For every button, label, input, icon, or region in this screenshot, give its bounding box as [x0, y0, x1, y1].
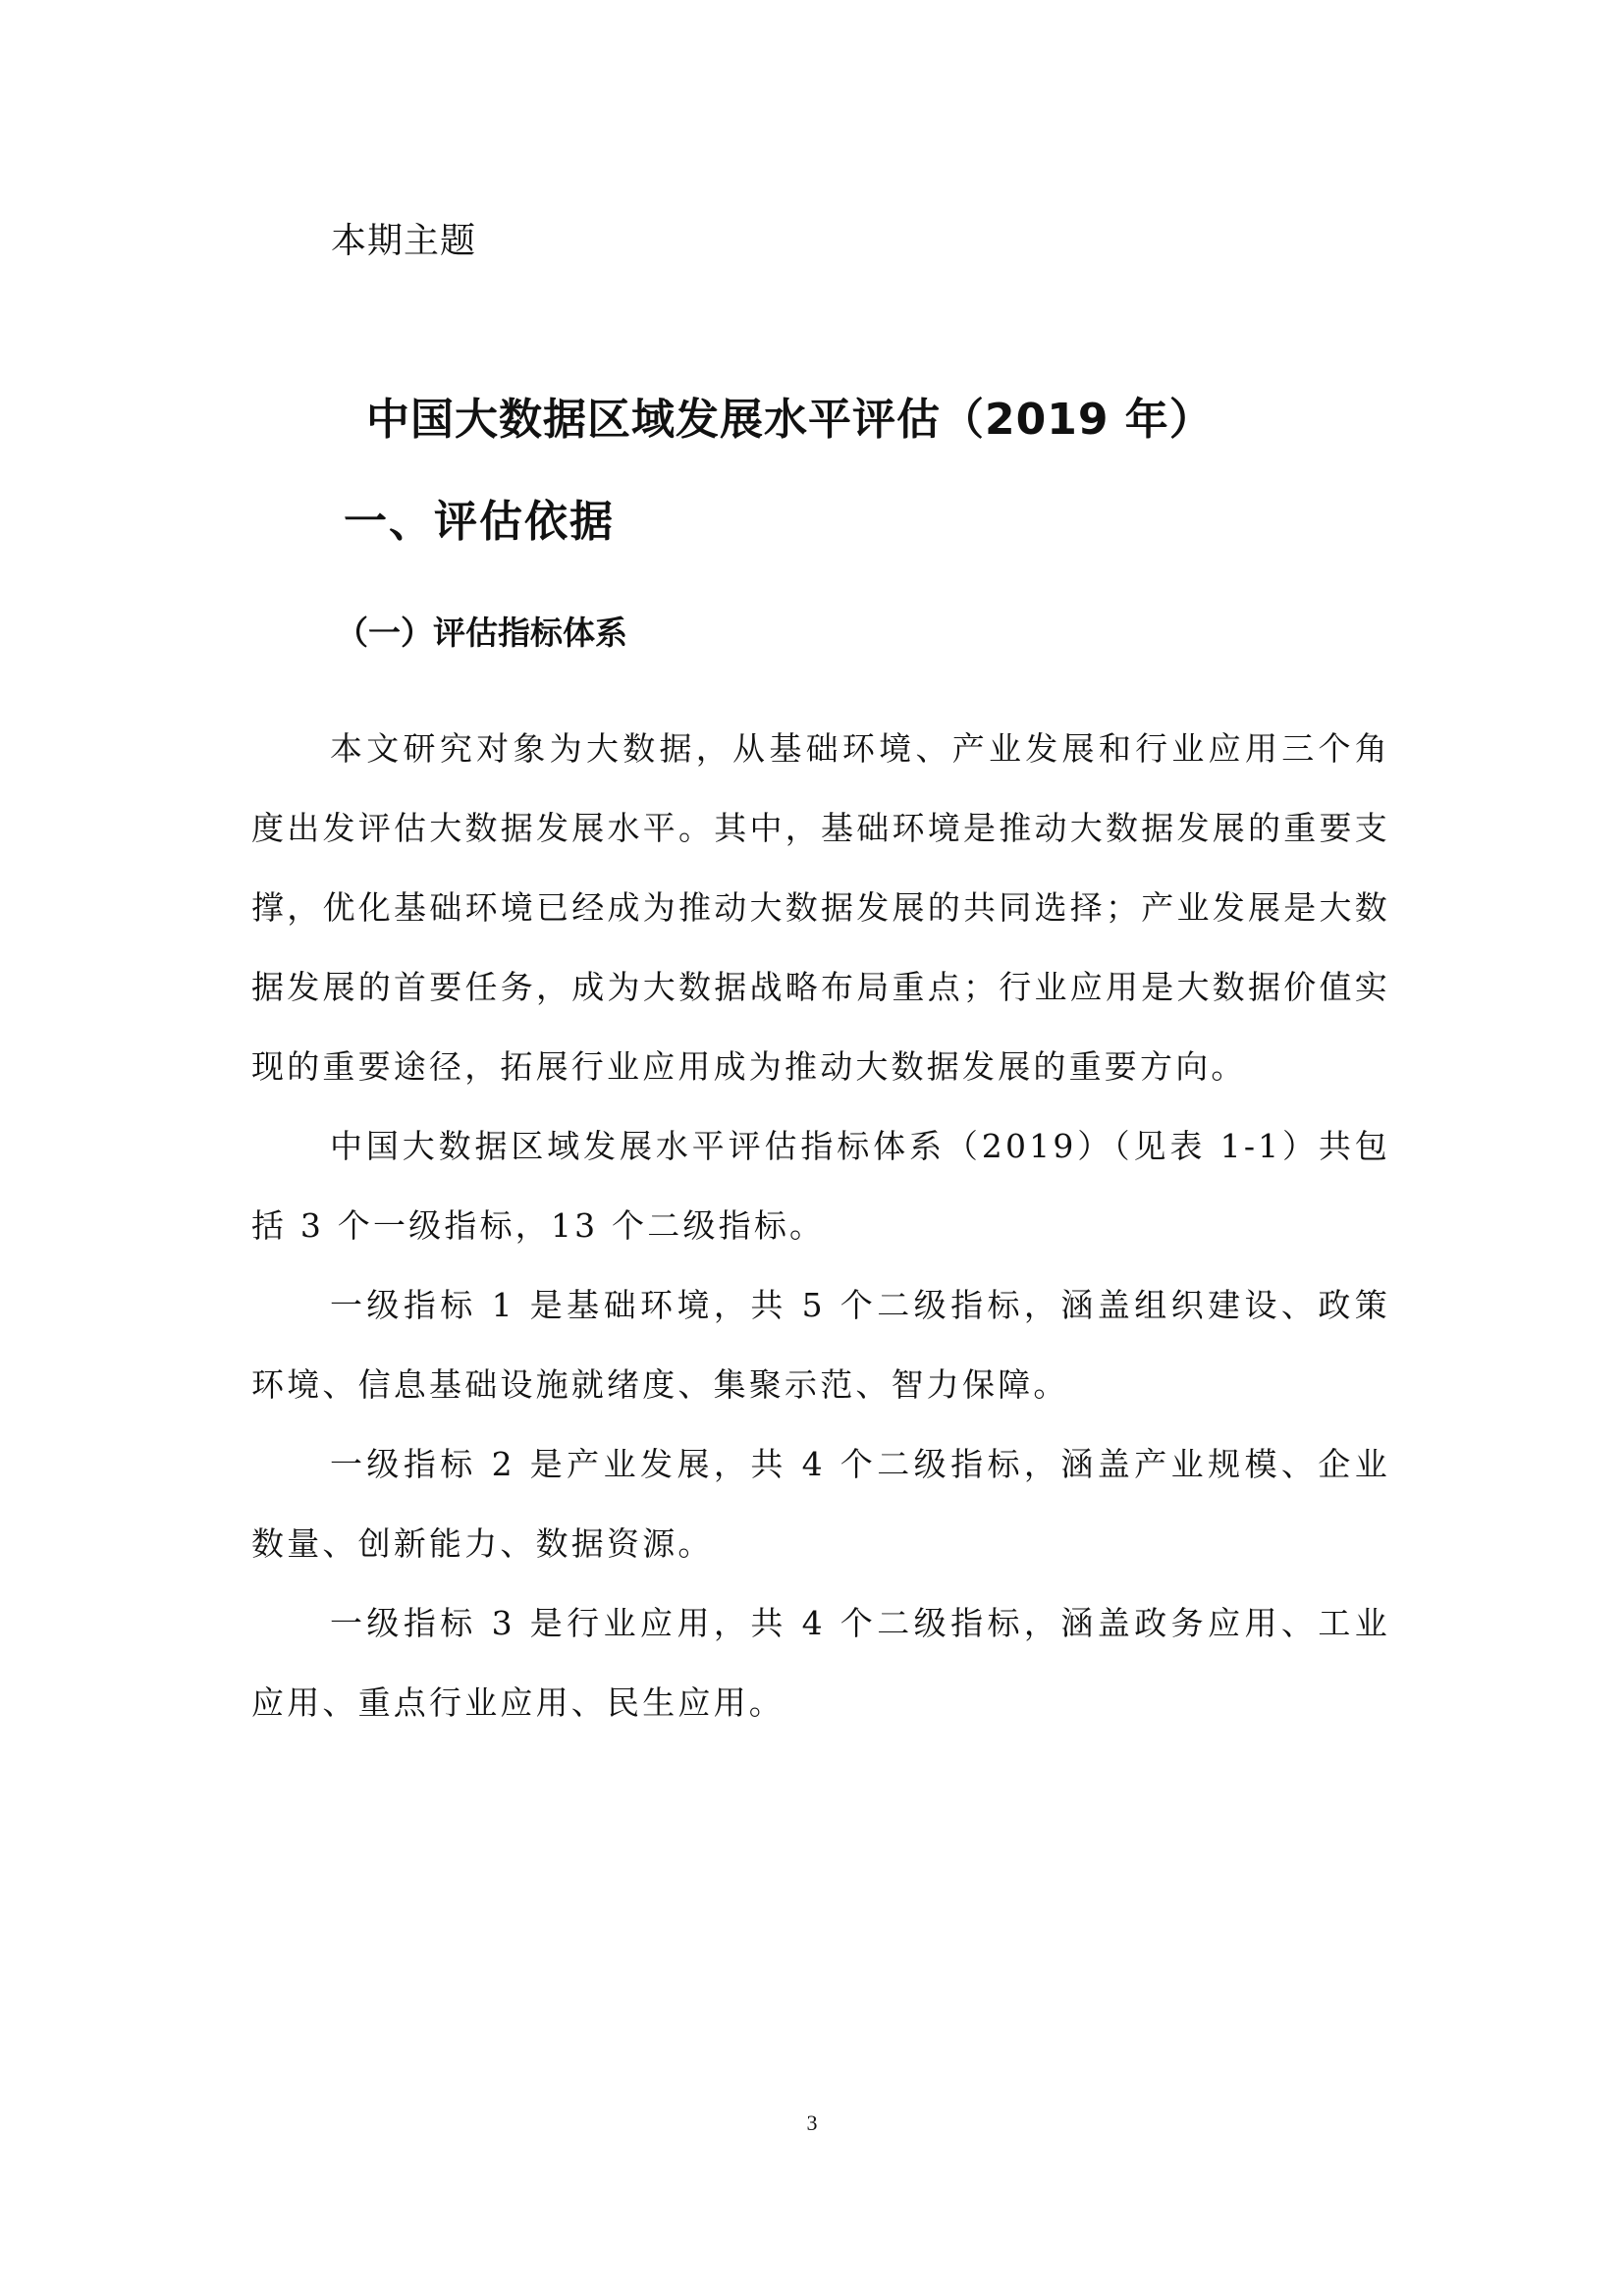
page-number: 3	[0, 2110, 1624, 2136]
paragraph-indicator-3: 一级指标 3 是行业应用，共 4 个二级指标，涵盖政务应用、工业应用、重点行业应…	[251, 1583, 1390, 1742]
heading-evaluation-basis: 一、评估依据	[344, 493, 615, 552]
paragraph-indicator-overview: 中国大数据区域发展水平评估指标体系（2019）（见表 1-1）共包括 3 个一级…	[251, 1106, 1390, 1265]
body-text: 本文研究对象为大数据，从基础环境、产业发展和行业应用三个角度出发评估大数据发展水…	[251, 709, 1390, 1742]
section-label: 本期主题	[331, 218, 476, 265]
paragraph-intro: 本文研究对象为大数据，从基础环境、产业发展和行业应用三个角度出发评估大数据发展水…	[251, 709, 1390, 1106]
document-title: 中国大数据区域发展水平评估（2019 年）	[366, 391, 1214, 450]
paragraph-indicator-1: 一级指标 1 是基础环境，共 5 个二级指标，涵盖组织建设、政策环境、信息基础设…	[251, 1265, 1390, 1424]
subheading-indicator-system: （一）评估指标体系	[336, 611, 627, 656]
paragraph-indicator-2: 一级指标 2 是产业发展，共 4 个二级指标，涵盖产业规模、企业数量、创新能力、…	[251, 1424, 1390, 1583]
